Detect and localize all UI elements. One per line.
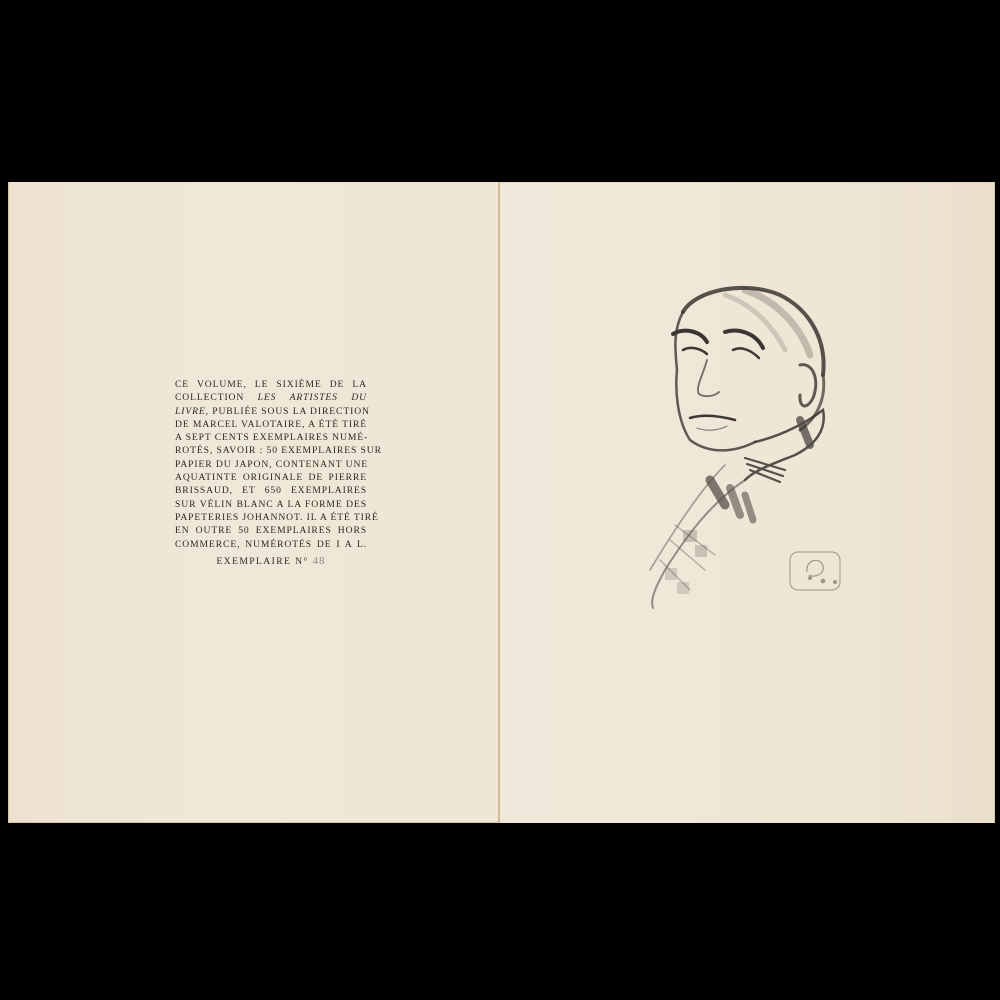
colophon-line: BRISSAUD, ET 650 EXEMPLAIRES	[175, 484, 367, 497]
book-spread: CE VOLUME, LE SIXIÈME DE LA COLLECTION L…	[8, 182, 995, 823]
colophon-line: LIVRE, PUBLIÉE SOUS LA DIRECTION	[175, 405, 367, 418]
colophon-line: COMMERCE, NUMÉROTÉS DE I A L.	[175, 538, 367, 551]
colophon-line: COLLECTION LES ARTISTES DU	[175, 391, 367, 404]
colophon-line: DE MARCEL VALOTAIRE, A ÉTÉ TIRÉ	[175, 418, 367, 431]
portrait-illustration	[595, 270, 845, 620]
handwritten-number: 48	[312, 555, 325, 567]
colophon-line: A SEPT CENTS EXEMPLAIRES NUMÉ-	[175, 431, 367, 444]
colophon-line: PAPIER DU JAPON, CONTENANT UNE	[175, 458, 367, 471]
colophon-line: AQUATINTE ORIGINALE DE PIERRE	[175, 471, 367, 484]
colophon-text: CE VOLUME, LE SIXIÈME DE LA COLLECTION L…	[175, 378, 367, 551]
colophon-line: EN OUTRE 50 EXEMPLAIRES HORS	[175, 524, 367, 537]
colophon-line: ROTÉS, SAVOIR : 50 EXEMPLAIRES SUR	[175, 444, 367, 457]
artist-monogram	[790, 552, 840, 590]
right-page	[500, 182, 995, 823]
exemplaire-number: EXEMPLAIRE N° 48	[175, 555, 367, 567]
colophon-line: PAPETERIES JOHANNOT. IL A ÉTÉ TIRÉ	[175, 511, 367, 524]
exemplaire-label: EXEMPLAIRE N°	[217, 556, 309, 567]
colophon-line: SUR VÉLIN BLANC A LA FORME DES	[175, 498, 367, 511]
colophon-line: CE VOLUME, LE SIXIÈME DE LA	[175, 378, 367, 391]
left-page: CE VOLUME, LE SIXIÈME DE LA COLLECTION L…	[8, 182, 499, 823]
